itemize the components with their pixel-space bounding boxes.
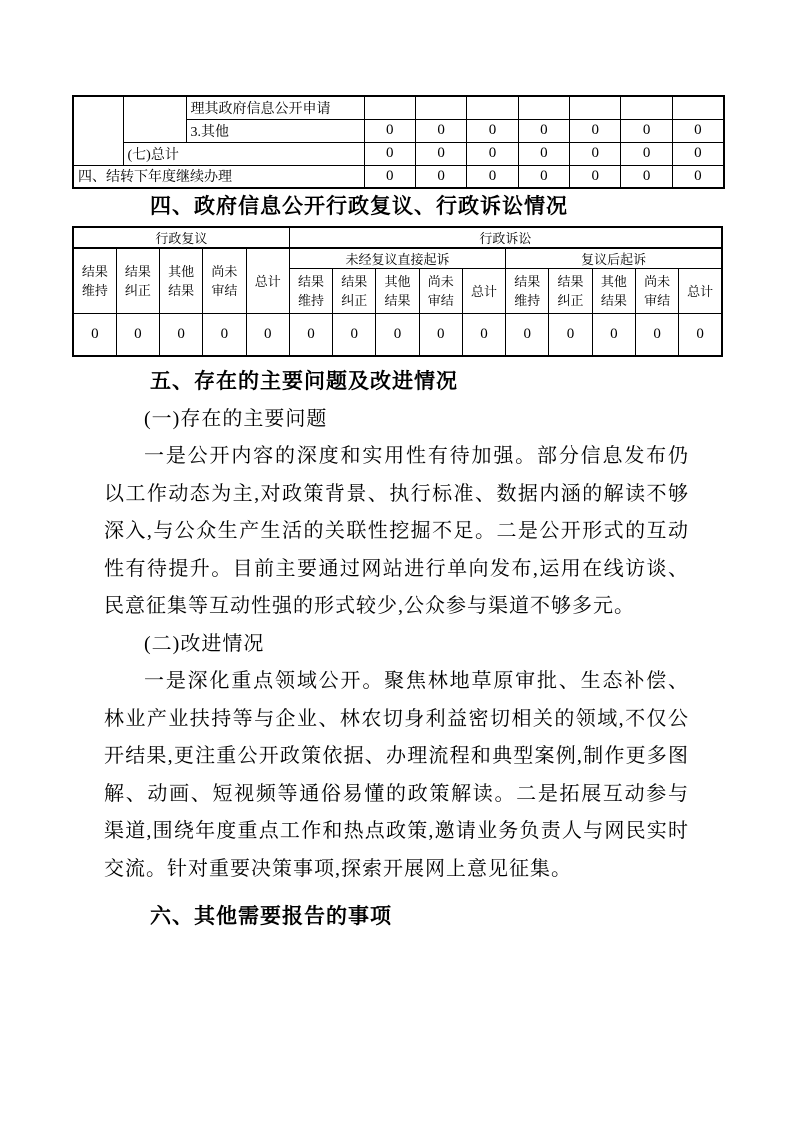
row-label-cell: 四、结转下年度继续办理 [73, 165, 364, 188]
value-cell: 0 [203, 314, 246, 356]
column-header-cell: 尚未审结 [419, 269, 462, 314]
column-header-cell: 其他结果 [592, 269, 635, 314]
value-cell: 0 [679, 314, 722, 356]
table-row: 四、结转下年度继续办理 0 0 0 0 0 0 0 [73, 165, 724, 188]
column-header-cell: 其他结果 [376, 269, 419, 314]
value-cell: 0 [672, 165, 724, 188]
value-cell [467, 96, 518, 119]
section4-heading: 四、政府信息公开行政复议、行政诉讼情况 [104, 188, 689, 226]
value-cell [570, 96, 621, 119]
value-cell: 0 [467, 119, 518, 142]
column-header-cell: 结果纠正 [549, 269, 592, 314]
value-cell: 0 [621, 119, 672, 142]
row-label-cell: 理其政府信息公开申请 [186, 96, 364, 119]
body-text-flow: 五、存在的主要问题及改进情况 (一)存在的主要问题 一是公开内容的深度和实用性有… [104, 363, 689, 936]
value-cell: 0 [467, 142, 518, 165]
value-cell: 0 [518, 119, 569, 142]
document-page: 理其政府信息公开申请 3.其他 0 0 0 0 0 0 0 (七)总计 0 0 … [0, 0, 793, 1122]
value-cell: 0 [621, 142, 672, 165]
column-header-cell: 总计 [679, 269, 722, 314]
table-subgroup-header-row: 结果维持 结果纠正 其他结果 尚未审结 总计 未经复议直接起诉 复议后起诉 [73, 248, 722, 269]
value-cell: 0 [467, 165, 518, 188]
value-cell: 0 [364, 165, 415, 188]
value-cell: 0 [376, 314, 419, 356]
value-cell: 0 [415, 142, 466, 165]
value-cell: 0 [672, 142, 724, 165]
value-cell: 0 [635, 314, 678, 356]
value-cell [415, 96, 466, 119]
section5-sub2-paragraph: 一是深化重点领域公开。聚焦林地草原审批、生态补偿、林业产业扶持等与企业、林农切身… [104, 663, 689, 888]
column-header-cell: 尚未审结 [203, 248, 246, 314]
value-cell [518, 96, 569, 119]
value-cell: 0 [570, 142, 621, 165]
section6-heading: 六、其他需要报告的事项 [104, 898, 689, 936]
value-cell: 0 [415, 165, 466, 188]
empty-span-cell [73, 96, 123, 165]
section5-sub1-heading: (一)存在的主要问题 [104, 401, 689, 439]
value-cell: 0 [621, 165, 672, 188]
value-cell: 0 [415, 119, 466, 142]
column-header-cell: 结果纠正 [116, 248, 159, 314]
table-row: 理其政府信息公开申请 [73, 96, 724, 119]
value-cell: 0 [289, 314, 332, 356]
group-header-cell: 行政诉讼 [289, 227, 722, 248]
value-cell [672, 96, 724, 119]
value-cell: 0 [549, 314, 592, 356]
column-header-cell: 结果维持 [73, 248, 116, 314]
row-label-cell: 3.其他 [186, 119, 364, 142]
column-header-cell: 结果维持 [506, 269, 549, 314]
value-cell: 0 [246, 314, 289, 356]
column-header-cell: 其他结果 [160, 248, 203, 314]
value-cell: 0 [364, 119, 415, 142]
value-cell: 0 [518, 142, 569, 165]
column-header-cell: 总计 [246, 248, 289, 314]
table-row: (七)总计 0 0 0 0 0 0 0 [73, 142, 724, 165]
subgroup-header-cell: 复议后起诉 [506, 248, 722, 269]
empty-span-cell [123, 96, 186, 142]
value-cell [621, 96, 672, 119]
table-group-header-row: 行政复议 行政诉讼 [73, 227, 722, 248]
value-cell: 0 [73, 314, 116, 356]
value-cell: 0 [160, 314, 203, 356]
value-cell [364, 96, 415, 119]
column-header-cell: 结果纠正 [333, 269, 376, 314]
value-cell: 0 [570, 165, 621, 188]
row-label-cell: (七)总计 [123, 142, 364, 165]
value-cell: 0 [333, 314, 376, 356]
value-cell: 0 [518, 165, 569, 188]
value-cell: 0 [462, 314, 505, 356]
column-header-cell: 总计 [462, 269, 505, 314]
review-litigation-table: 行政复议 行政诉讼 结果维持 结果纠正 其他结果 尚未审结 总计 未经复议直接起… [72, 226, 723, 357]
section5-sub2-heading: (二)改进情况 [104, 626, 689, 664]
column-header-cell: 结果维持 [289, 269, 332, 314]
subgroup-header-cell: 未经复议直接起诉 [289, 248, 505, 269]
section5-sub1-paragraph: 一是公开内容的深度和实用性有待加强。部分信息发布仍以工作动态为主,对政策背景、执… [104, 438, 689, 626]
group-header-cell: 行政复议 [73, 227, 289, 248]
value-cell: 0 [592, 314, 635, 356]
value-cell: 0 [570, 119, 621, 142]
section5-heading: 五、存在的主要问题及改进情况 [104, 363, 689, 401]
value-cell: 0 [364, 142, 415, 165]
value-cell: 0 [116, 314, 159, 356]
value-cell: 0 [672, 119, 724, 142]
column-header-cell: 尚未审结 [635, 269, 678, 314]
carryover-table: 理其政府信息公开申请 3.其他 0 0 0 0 0 0 0 (七)总计 0 0 … [72, 95, 725, 189]
table-values-row: 0 0 0 0 0 0 0 0 0 0 0 0 0 0 0 [73, 314, 722, 356]
value-cell: 0 [506, 314, 549, 356]
value-cell: 0 [419, 314, 462, 356]
